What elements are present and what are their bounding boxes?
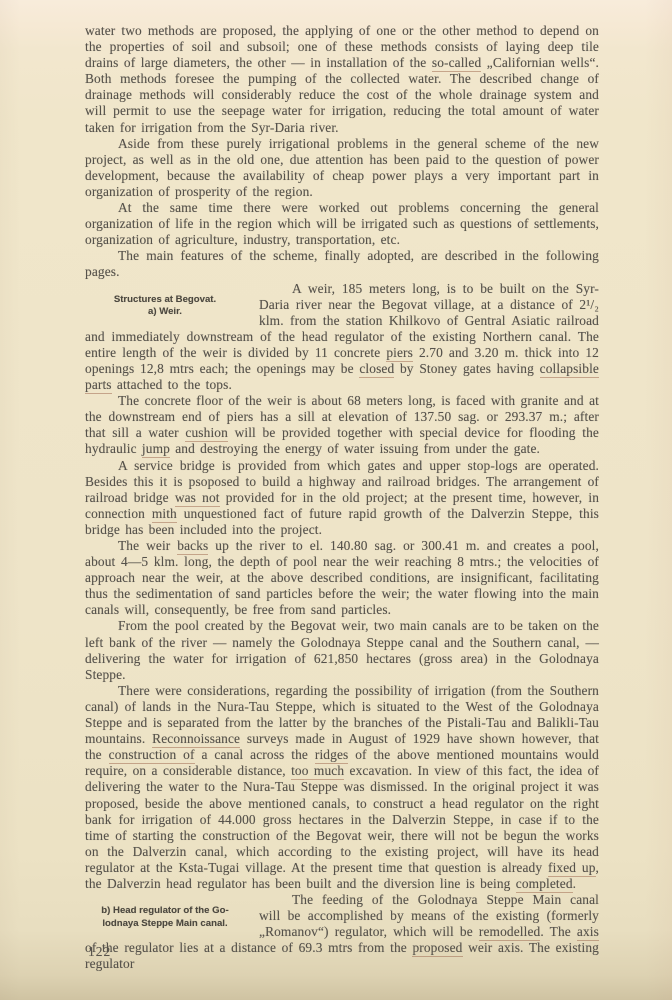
underline-mark: backs: [177, 538, 208, 555]
paragraph: The main features of the scheme, finally…: [85, 248, 599, 280]
underline-mark: ridges: [315, 747, 348, 764]
underline-mark: closed: [359, 361, 394, 378]
underline-mark: piers: [386, 345, 413, 362]
paragraph: Aside from these purely irrigational pro…: [85, 136, 599, 200]
underline-mark: so-called: [432, 55, 481, 72]
underline-mark: Reconnoissance: [152, 731, 240, 748]
margin-note: Structures at Begovat.a) Weir.: [85, 281, 259, 328]
underline-mark: completed: [516, 876, 573, 893]
text-block: water two methods are proposed, the appl…: [85, 23, 599, 973]
underline-mark: fixed up: [548, 860, 596, 877]
underline-mark: collapsible parts: [85, 361, 599, 394]
paragraph: At the same time there were worked out p…: [85, 200, 599, 248]
underline-mark: construction of: [109, 747, 195, 764]
paragraph: The concrete floor of the weir is about …: [85, 393, 599, 457]
paragraph: A service bridge is provided from which …: [85, 458, 599, 538]
page-number: 122: [88, 944, 111, 960]
margin-note: b) Head regulator of the Go-lodnaya Step…: [85, 892, 259, 939]
underline-mark: mith: [152, 506, 177, 523]
underline-mark: cushion: [185, 425, 228, 442]
paragraph: From the pool created by the Begovat wei…: [85, 618, 599, 682]
underline-mark: was not: [175, 490, 220, 507]
underline-mark: too much: [291, 763, 344, 780]
paragraph: water two methods are proposed, the appl…: [85, 23, 599, 136]
underline-mark: remodelled: [479, 924, 540, 941]
paragraph: b) Head regulator of the Go-lodnaya Step…: [85, 892, 599, 972]
underline-mark: axis: [577, 924, 599, 941]
scanned-page: water two methods are proposed, the appl…: [0, 0, 672, 1000]
underline-mark: proposed: [412, 940, 462, 957]
paragraph: There were considerations, regarding the…: [85, 683, 599, 892]
paragraph: The weir backs up the river to el. 140.8…: [85, 538, 599, 618]
underline-mark: jump: [142, 441, 170, 458]
paragraph: Structures at Begovat.a) Weir.A weir, 18…: [85, 281, 599, 394]
